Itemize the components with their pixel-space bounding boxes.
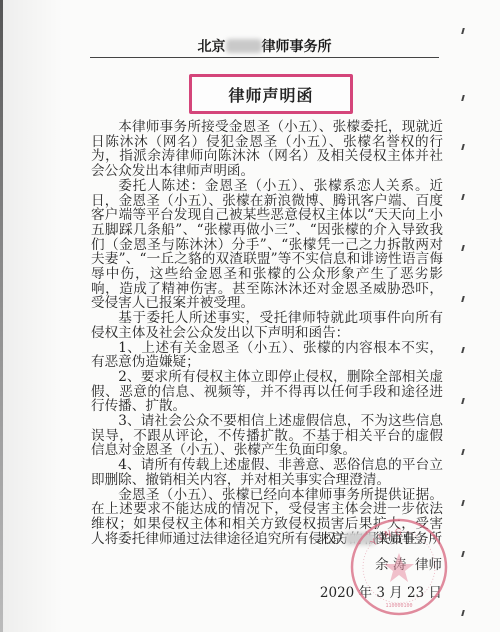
margin-mark [461, 144, 464, 150]
paragraph-statement: 委托人陈述：金恩圣（小五）、张檬系恋人关系。近日，金恩圣（小五）、张檬在新浪微博… [91, 179, 443, 311]
letterhead: 北京律师事务所 [90, 36, 439, 56]
paragraph-declaration-intro: 基于委托人所述事实，受托律师特就此项事件向所有侵权主体及社会公众发出以下声明和函… [91, 311, 443, 340]
svg-text:110000100: 110000100 [385, 603, 412, 609]
margin-mark [461, 610, 464, 616]
letterhead-suffix: 律师事务所 [262, 39, 332, 55]
margin-mark [461, 449, 464, 455]
paragraph-item-4: 4、请所有传载上述虚假、非善意、恶俗信息的平台立即删除、撤销相关内容，并对相关事… [91, 458, 443, 487]
margin-mark [461, 194, 464, 200]
margin-mark [461, 500, 464, 506]
paper-shadow [3, 0, 63, 632]
signature-firm: 北京律师事务所 [318, 527, 443, 547]
margin-mark [461, 245, 464, 251]
signature-firm-prefix: 北京 [318, 531, 345, 547]
margin-mark [461, 28, 464, 34]
letterhead-prefix: 北京 [198, 39, 226, 55]
signature-date: 2020 年 3 月 23 日 [320, 581, 442, 601]
redacted-firm-name [226, 39, 262, 53]
redacted-firm-name [345, 532, 375, 545]
signature-firm-suffix: 律师事务所 [375, 531, 443, 547]
paragraph-item-2: 2、要求所有侵权主体立即停止侵权，删除全部相关虚假、恶意的信息、视频等，并不得再… [91, 370, 443, 414]
paragraph-item-3: 3、请社会公众不要相信上述虚假信息，不为这些信息误导，不跟从评论，不传播扩散。不… [91, 414, 443, 458]
margin-mark [461, 296, 464, 302]
document-title-highlight: 律师声明函 [189, 74, 353, 114]
document-body: 本律师事务所接受金恩圣（小五）、张檬委托，现就近日陈沐沐（网名）侵犯金恩圣（小五… [91, 120, 443, 546]
margin-mark [461, 347, 464, 353]
paragraph-intro: 本律师事务所接受金恩圣（小五）、张檬委托，现就近日陈沐沐（网名）侵犯金恩圣（小五… [91, 120, 443, 179]
paragraph-item-1: 1、上述有关金恩圣（小五）、张檬的内容根本不实，有恶意伪造嫌疑； [91, 341, 443, 370]
document-title: 律师声明函 [228, 83, 313, 106]
margin-mark [461, 551, 464, 557]
letterhead-rule [90, 57, 439, 58]
margin-mark [461, 95, 464, 101]
signature-lawyer: 余 涛 律师 [375, 553, 442, 573]
margin-mark [461, 398, 464, 404]
